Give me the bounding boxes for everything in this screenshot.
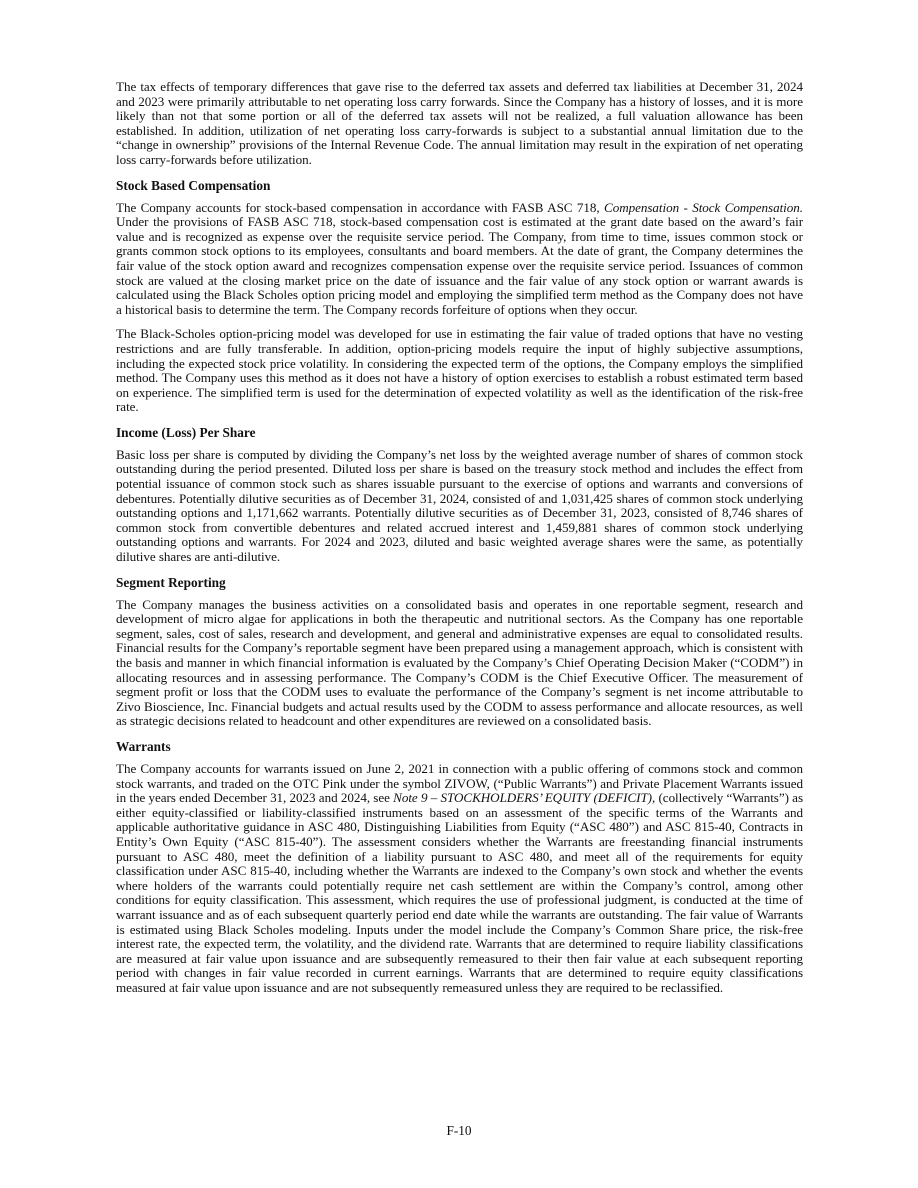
stock-compensation-paragraph-1: The Company accounts for stock-based com… — [116, 201, 803, 318]
section-income-loss-per-share: Income (Loss) Per Share Basic loss per s… — [116, 425, 803, 565]
deferred-tax-paragraph: The tax effects of temporary differences… — [116, 80, 803, 168]
section-heading: Stock Based Compensation — [116, 178, 803, 193]
section-heading: Warrants — [116, 739, 803, 754]
italic-reference: Note 9 – STOCKHOLDERS’ EQUITY (DEFICIT) — [393, 790, 652, 805]
section-segment-reporting: Segment Reporting The Company manages th… — [116, 575, 803, 729]
warrants-paragraph: The Company accounts for warrants issued… — [116, 762, 803, 996]
stock-compensation-paragraph-2: The Black-Scholes option-pricing model w… — [116, 327, 803, 415]
text-run: Under the provisions of FASB ASC 718, st… — [116, 214, 803, 317]
italic-reference: Compensation - Stock Compensation. — [604, 200, 803, 215]
segment-reporting-paragraph: The Company manages the business activit… — [116, 598, 803, 729]
section-warrants: Warrants The Company accounts for warran… — [116, 739, 803, 996]
section-stock-based-compensation: Stock Based Compensation The Company acc… — [116, 178, 803, 415]
text-run: , (collectively “Warrants”) as either eq… — [116, 790, 803, 995]
section-heading: Segment Reporting — [116, 575, 803, 590]
document-page: The tax effects of temporary differences… — [116, 80, 803, 1005]
section-heading: Income (Loss) Per Share — [116, 425, 803, 440]
income-loss-paragraph: Basic loss per share is computed by divi… — [116, 448, 803, 565]
page-number: F-10 — [0, 1123, 918, 1138]
text-run: The Company accounts for stock-based com… — [116, 200, 604, 215]
